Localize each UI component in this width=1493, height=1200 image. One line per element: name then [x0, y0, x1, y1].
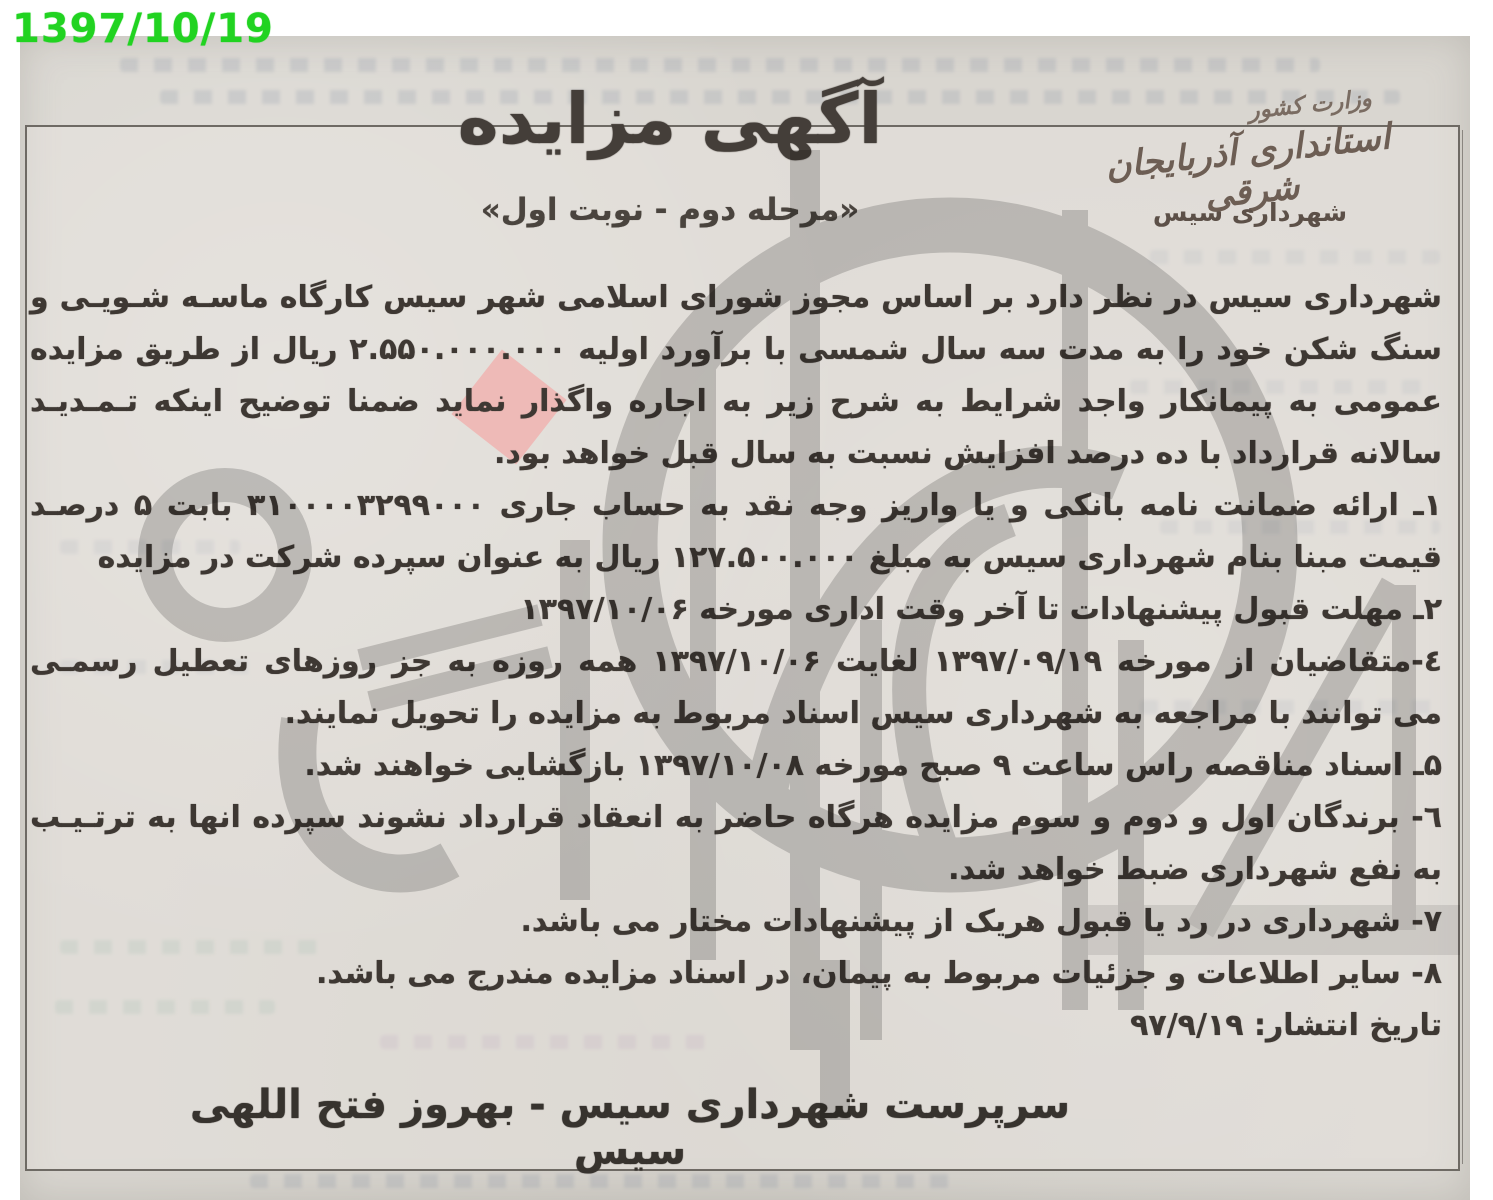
- notice-line: ۲ـ مهلت قبول پیشنهادات تا آخر وقت اداری …: [30, 584, 1442, 636]
- notice-line: شهرداری سیس در نظر دارد بر اساس مجوز شور…: [30, 272, 1442, 324]
- notice-line: می توانند با مراجعه به شهرداری سیس اسناد…: [30, 688, 1442, 740]
- notice-line: ٦- برندگان اول و دوم و سوم مزایده هرگاه …: [30, 792, 1442, 844]
- notice-line: عمومی به پیمانکار واجد شرایط به شرح زیر …: [30, 376, 1442, 428]
- notice-line: به نفع شهرداری ضبط خواهد شد.: [30, 844, 1442, 896]
- notice-line: قیمت مبنا بنام شهرداری سیس به مبلغ ۱۲۷.۵…: [30, 532, 1442, 584]
- notice-line: ٤-متقاضیان از مورخه ۱۳۹۷/۰۹/۱۹ لغایت ۱۳۹…: [30, 636, 1442, 688]
- publish-date: تاریخ انتشار: ۹۷/۹/۱۹: [30, 1000, 1442, 1052]
- notice-line: ۱ـ ارائه ضمانت نامه بانکی و یا واریز وجه…: [30, 480, 1442, 532]
- capture-timestamp: 1397/10/19: [12, 6, 274, 52]
- header-municipality: شهرداری سیس: [1130, 198, 1370, 227]
- notice-line: ۸- سایر اطلاعات و جزئیات مربوط به پیمان،…: [30, 948, 1442, 1000]
- notice-line: سالانه قرارداد با ده درصد افزایش نسبت به…: [30, 428, 1442, 480]
- notice-title: آگهی مزایده: [400, 78, 940, 160]
- notice-body: شهرداری سیس در نظر دارد بر اساس مجوز شور…: [30, 272, 1450, 1052]
- signature: سرپرست شهرداری سیس - بهروز فتح اللهی سیس: [180, 1082, 1080, 1174]
- notice-subtitle: «مرحله دوم - نوبت اول»: [400, 192, 940, 228]
- notice-box-outer-rule: [1462, 130, 1463, 1164]
- notice-line: سنگ شکن خود را به مدت سه سال شمسی با برآ…: [30, 324, 1442, 376]
- notice-line: ۷- شهرداری در رد یا قبول هریک از پیشنهاد…: [30, 896, 1442, 948]
- notice-line: ۵ـ اسناد مناقصه راس ساعت ۹ صبح مورخه ۱۳۹…: [30, 740, 1442, 792]
